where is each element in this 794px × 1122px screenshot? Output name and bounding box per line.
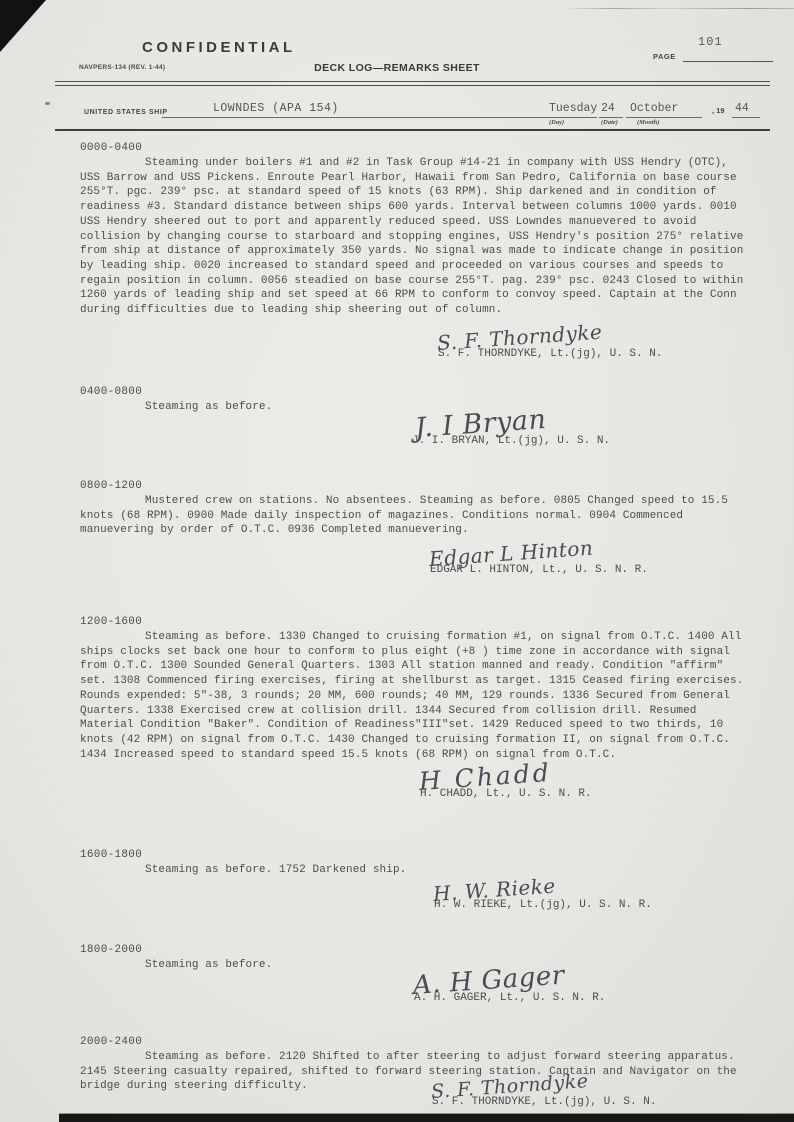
date-day-caption: (Day)	[549, 119, 564, 126]
ship-label: UNITED STATES SHIP	[84, 109, 168, 116]
time-range-label: 0800-1200	[80, 480, 748, 492]
deck-log-page: CONFIDENTIAL 101 PAGE NAVPERS-134 (REV. …	[0, 0, 794, 1122]
date-date-caption: (Date)	[601, 119, 618, 126]
log-entry: 0400-0800 Steaming as before. J. I Bryan…	[80, 386, 748, 447]
signature-block: H Chadd H. CHADD, Lt., U. S. N. R.	[420, 767, 748, 800]
ship-name-line	[162, 117, 540, 118]
document-title: DECK LOG—REMARKS SHEET	[0, 62, 794, 74]
page-number: 101	[698, 35, 723, 49]
scan-speck-artifact	[45, 102, 50, 105]
scan-line-artifact	[565, 8, 794, 9]
signature-block: S. F. Thorndyke S. F. THORNDYKE, Lt.(jg)…	[432, 1081, 748, 1108]
entry-text: Steaming under boilers #1 and #2 in Task…	[80, 156, 748, 318]
date-day-line	[540, 117, 597, 118]
log-entry: 1600-1800 Steaming as before. 1752 Darke…	[80, 849, 748, 911]
log-entry: 1200-1600 Steaming as before. 1330 Chang…	[80, 616, 748, 800]
date-month: October	[630, 102, 678, 115]
page-label: PAGE	[653, 52, 676, 61]
scan-bottom-bar-artifact	[59, 1114, 794, 1122]
time-range-label: 0000-0400	[80, 142, 748, 154]
year-prefix: , 19	[712, 106, 725, 115]
classification-banner: CONFIDENTIAL	[142, 39, 296, 56]
date-month-caption: (Month)	[637, 119, 659, 126]
date-date: 24	[601, 102, 615, 115]
year-value: 44	[735, 102, 749, 115]
scan-corner-artifact	[0, 0, 46, 52]
date-day: Tuesday	[549, 102, 597, 115]
signature-block: J. I Bryan J. I. BRYAN, Lt.(jg), U. S. N…	[412, 413, 748, 447]
header-double-rule	[55, 81, 770, 86]
year-line	[732, 117, 760, 118]
log-entry: 0000-0400 Steaming under boilers #1 and …	[80, 142, 748, 360]
entry-text: Steaming as before. 1330 Changed to crui…	[80, 630, 748, 762]
time-range-label: 2000-2400	[80, 1036, 748, 1048]
log-entry: 2000-2400 Steaming as before. 2120 Shift…	[80, 1036, 748, 1108]
date-month-line	[626, 117, 702, 118]
log-entry: 1800-2000 Steaming as before. A. H Gager…	[80, 944, 748, 1004]
time-range-label: 1200-1600	[80, 616, 748, 628]
log-entry: 0800-1200 Mustered crew on stations. No …	[80, 480, 748, 576]
signature-block: S. F. Thorndyke S. F. THORNDYKE, Lt.(jg)…	[438, 331, 748, 360]
signature-block: Edgar L Hinton EDGAR L. HINTON, Lt., U. …	[430, 547, 748, 576]
signature-block: H. W. Rieke H. W. RIEKE, Lt.(jg), U. S. …	[434, 882, 748, 911]
ship-name: LOWNDES (APA 154)	[213, 102, 339, 115]
date-date-line	[599, 117, 623, 118]
signature-block: A. H Gager A. H. GAGER, Lt., U. S. N. R.	[414, 971, 748, 1004]
time-range-label: 1600-1800	[80, 849, 748, 861]
header-heavy-rule	[55, 129, 770, 131]
